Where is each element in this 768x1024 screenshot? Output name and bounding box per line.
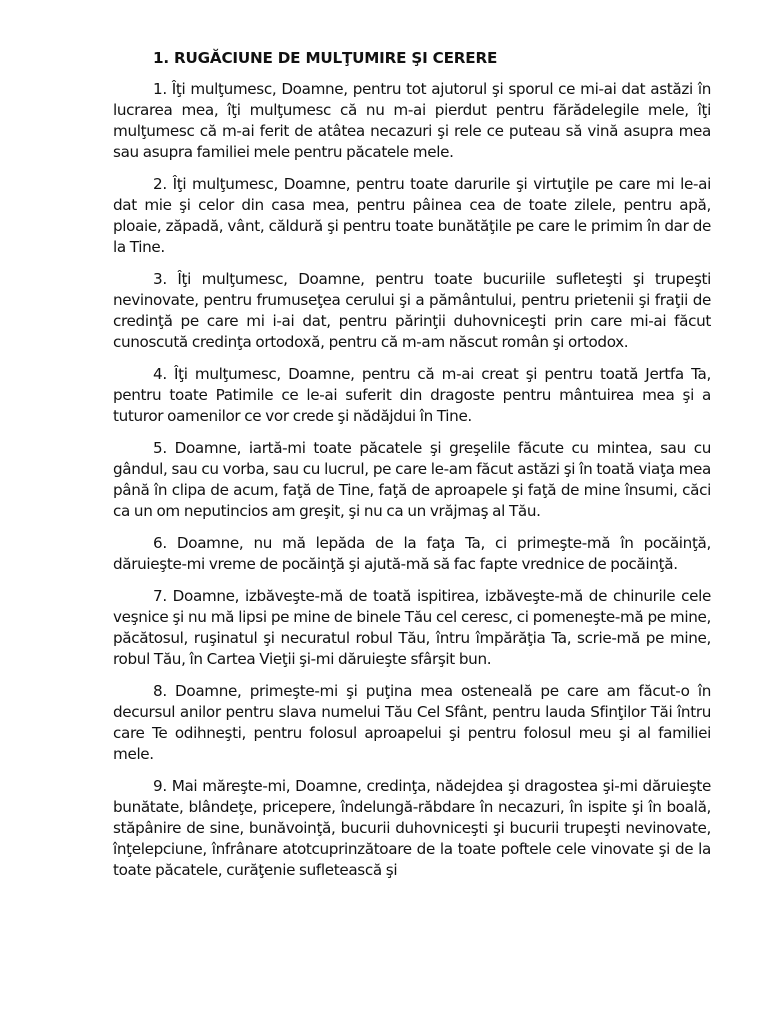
- prayer-paragraph-4: 4. Îţi mulţumesc, Doamne, pentru că m-ai…: [113, 364, 711, 427]
- prayer-paragraph-2: 2. Îţi mulţumesc, Doamne, pentru toate d…: [113, 174, 711, 258]
- prayer-paragraph-3: 3. Îţi mulţumesc, Doamne, pentru toate b…: [113, 269, 711, 353]
- prayer-paragraph-8: 8. Doamne, primeşte-mi şi puţina mea ost…: [113, 681, 711, 765]
- prayer-paragraph-1: 1. Îţi mulţumesc, Doamne, pentru tot aju…: [113, 79, 711, 163]
- prayer-paragraph-9: 9. Mai măreşte-mi, Doamne, credinţa, năd…: [113, 776, 711, 881]
- prayer-paragraph-5: 5. Doamne, iartă-mi toate păcatele şi gr…: [113, 438, 711, 522]
- prayer-paragraph-6: 6. Doamne, nu mă lepăda de la faţa Ta, c…: [113, 533, 711, 575]
- prayer-paragraph-7: 7. Doamne, izbăveşte-mă de toată ispitir…: [113, 586, 711, 670]
- document-page: 1. RUGĂCIUNE DE MULŢUMIRE ŞI CERERE 1. Î…: [113, 47, 711, 892]
- prayer-title: 1. RUGĂCIUNE DE MULŢUMIRE ŞI CERERE: [113, 47, 711, 69]
